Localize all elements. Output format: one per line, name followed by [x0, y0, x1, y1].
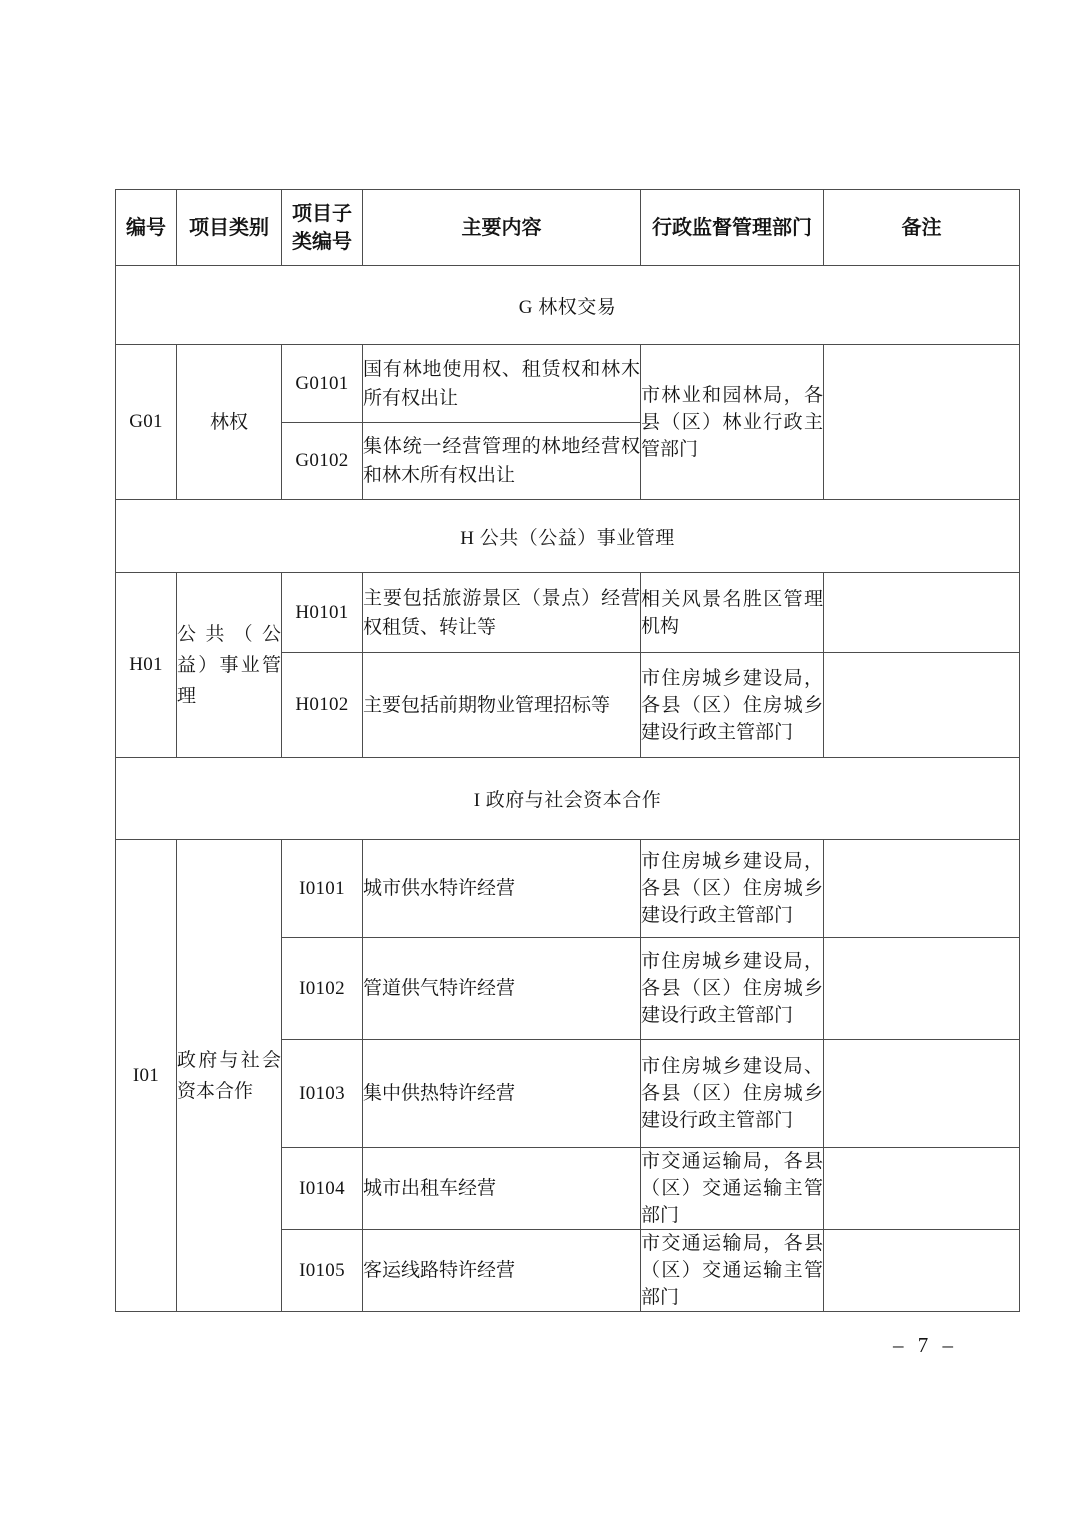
- content-cell-g0102: 集体统一经营管理的林地经营权和林木所有权出让: [363, 423, 641, 500]
- col-header-content: 主要内容: [363, 190, 641, 266]
- subcode-cell-i0101: I0101: [282, 840, 363, 938]
- department-cell-i0102: 市住房城乡建设局，各县（区）住房城乡建设行政主管部门: [641, 938, 824, 1040]
- subcode-cell-g0101: G0101: [282, 345, 363, 423]
- remark-cell-i0102: [824, 938, 1020, 1040]
- document-page: 编号 项目类别 项目子类编号 主要内容 行政监督管理部门 备注 G 林权交易 G…: [0, 0, 1074, 1520]
- table-row: I01 政府与社会资本合作 I0101 城市供水特许经营 市住房城乡建设局，各县…: [116, 840, 1020, 938]
- subcode-cell-i0102: I0102: [282, 938, 363, 1040]
- page-number: – 7 –: [858, 1333, 988, 1358]
- content-cell-h0102: 主要包括前期物业管理招标等: [363, 653, 641, 758]
- code-cell-h01: H01: [116, 573, 177, 758]
- category-cell-g01: 林权: [177, 345, 282, 500]
- subcode-cell-h0101: H0101: [282, 573, 363, 653]
- remark-cell-i0101: [824, 840, 1020, 938]
- project-category-table: 编号 项目类别 项目子类编号 主要内容 行政监督管理部门 备注 G 林权交易 G…: [115, 189, 1020, 1312]
- remark-cell-i0105: [824, 1230, 1020, 1312]
- code-cell-i01: I01: [116, 840, 177, 1312]
- table-row: H01 公共（公益）事业管理 H0101 主要包括旅游景区（景点）经营权租赁、转…: [116, 573, 1020, 653]
- content-cell-i0103: 集中供热特许经营: [363, 1040, 641, 1148]
- subcode-cell-g0102: G0102: [282, 423, 363, 500]
- table-row: G01 林权 G0101 国有林地使用权、租赁权和林木所有权出让 市林业和园林局…: [116, 345, 1020, 423]
- section-banner-row-h: H 公共（公益）事业管理: [116, 500, 1020, 573]
- col-header-number: 编号: [116, 190, 177, 266]
- section-banner-h: H 公共（公益）事业管理: [116, 500, 1020, 573]
- content-cell-i0102: 管道供气特许经营: [363, 938, 641, 1040]
- department-cell-g01: 市林业和园林局，各县（区）林业行政主管部门: [641, 345, 824, 500]
- department-cell-i0104: 市交通运输局，各县（区）交通运输主管部门: [641, 1148, 824, 1230]
- subcode-cell-i0104: I0104: [282, 1148, 363, 1230]
- category-cell-h01: 公共（公益）事业管理: [177, 573, 282, 758]
- department-cell-h0102: 市住房城乡建设局，各县（区）住房城乡建设行政主管部门: [641, 653, 824, 758]
- content-cell-h0101: 主要包括旅游景区（景点）经营权租赁、转让等: [363, 573, 641, 653]
- section-banner-i: I 政府与社会资本合作: [116, 758, 1020, 840]
- subcode-cell-i0105: I0105: [282, 1230, 363, 1312]
- code-cell-g01: G01: [116, 345, 177, 500]
- section-banner-row-i: I 政府与社会资本合作: [116, 758, 1020, 840]
- col-header-remark: 备注: [824, 190, 1020, 266]
- remark-cell-h0101: [824, 573, 1020, 653]
- col-header-category: 项目类别: [177, 190, 282, 266]
- department-cell-i0105: 市交通运输局，各县（区）交通运输主管部门: [641, 1230, 824, 1312]
- category-cell-i01: 政府与社会资本合作: [177, 840, 282, 1312]
- section-banner-row-g: G 林权交易: [116, 266, 1020, 345]
- col-header-subcode: 项目子类编号: [282, 190, 363, 266]
- remark-cell-h0102: [824, 653, 1020, 758]
- content-cell-i0101: 城市供水特许经营: [363, 840, 641, 938]
- remark-cell-i0103: [824, 1040, 1020, 1148]
- table-header-row: 编号 项目类别 项目子类编号 主要内容 行政监督管理部门 备注: [116, 190, 1020, 266]
- department-cell-i0101: 市住房城乡建设局，各县（区）住房城乡建设行政主管部门: [641, 840, 824, 938]
- subcode-cell-i0103: I0103: [282, 1040, 363, 1148]
- content-cell-i0104: 城市出租车经营: [363, 1148, 641, 1230]
- content-cell-i0105: 客运线路特许经营: [363, 1230, 641, 1312]
- remark-cell-g01: [824, 345, 1020, 500]
- department-cell-i0103: 市住房城乡建设局、各县（区）住房城乡建设行政主管部门: [641, 1040, 824, 1148]
- department-cell-h0101: 相关风景名胜区管理机构: [641, 573, 824, 653]
- col-header-department: 行政监督管理部门: [641, 190, 824, 266]
- content-cell-g0101: 国有林地使用权、租赁权和林木所有权出让: [363, 345, 641, 423]
- section-banner-g: G 林权交易: [116, 266, 1020, 345]
- remark-cell-i0104: [824, 1148, 1020, 1230]
- subcode-cell-h0102: H0102: [282, 653, 363, 758]
